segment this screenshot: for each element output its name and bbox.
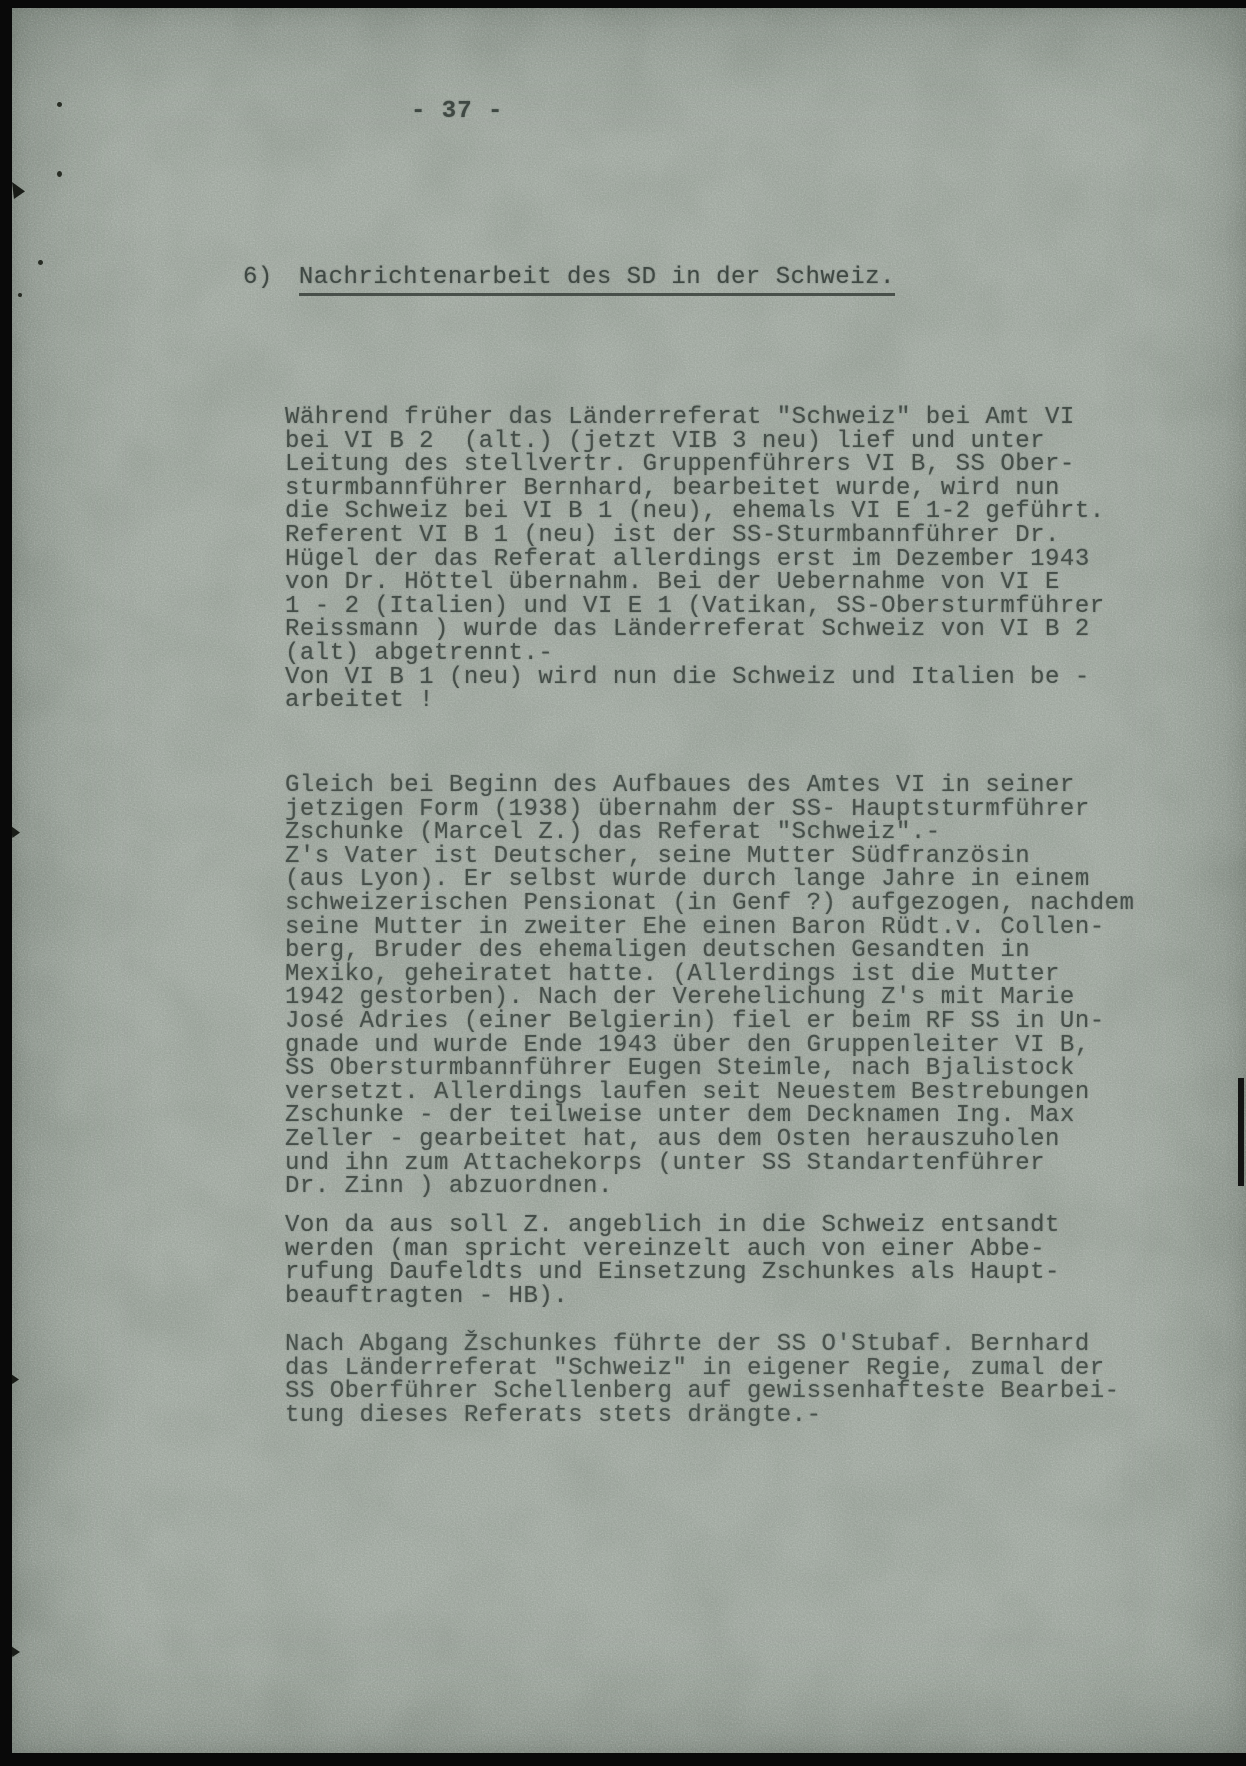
scan-edge-left <box>0 0 12 1766</box>
page-number: - 37 - <box>411 100 503 124</box>
section-heading-title: Nachrichtenarbeit des SD in der Schweiz. <box>299 266 895 296</box>
scan-speck <box>38 260 43 265</box>
body-paragraph-3: Von da aus soll Z. angeblich in die Schw… <box>285 1214 1060 1308</box>
section-heading-index: 6) <box>243 266 273 290</box>
scan-edge-top <box>0 0 1246 8</box>
scan-speck <box>18 293 22 297</box>
section-heading: 6) Nachrichtenarbeit des SD in der Schwe… <box>243 266 895 296</box>
scan-edge-bottom <box>0 1753 1246 1766</box>
scan-artifact-line <box>1238 1078 1244 1186</box>
scan-speck <box>57 102 62 107</box>
body-paragraph-1: Während früher das Länderreferat "Schwei… <box>285 406 1105 713</box>
scanned-document-page: - 37 - 6) Nachrichtenarbeit des SD in de… <box>0 0 1246 1766</box>
scan-speck <box>57 171 62 177</box>
body-paragraph-4: Nach Abgang Žschunkes führte der SS O'St… <box>285 1333 1120 1427</box>
body-paragraph-2: Gleich bei Beginn des Aufbaues des Amtes… <box>285 774 1134 1199</box>
